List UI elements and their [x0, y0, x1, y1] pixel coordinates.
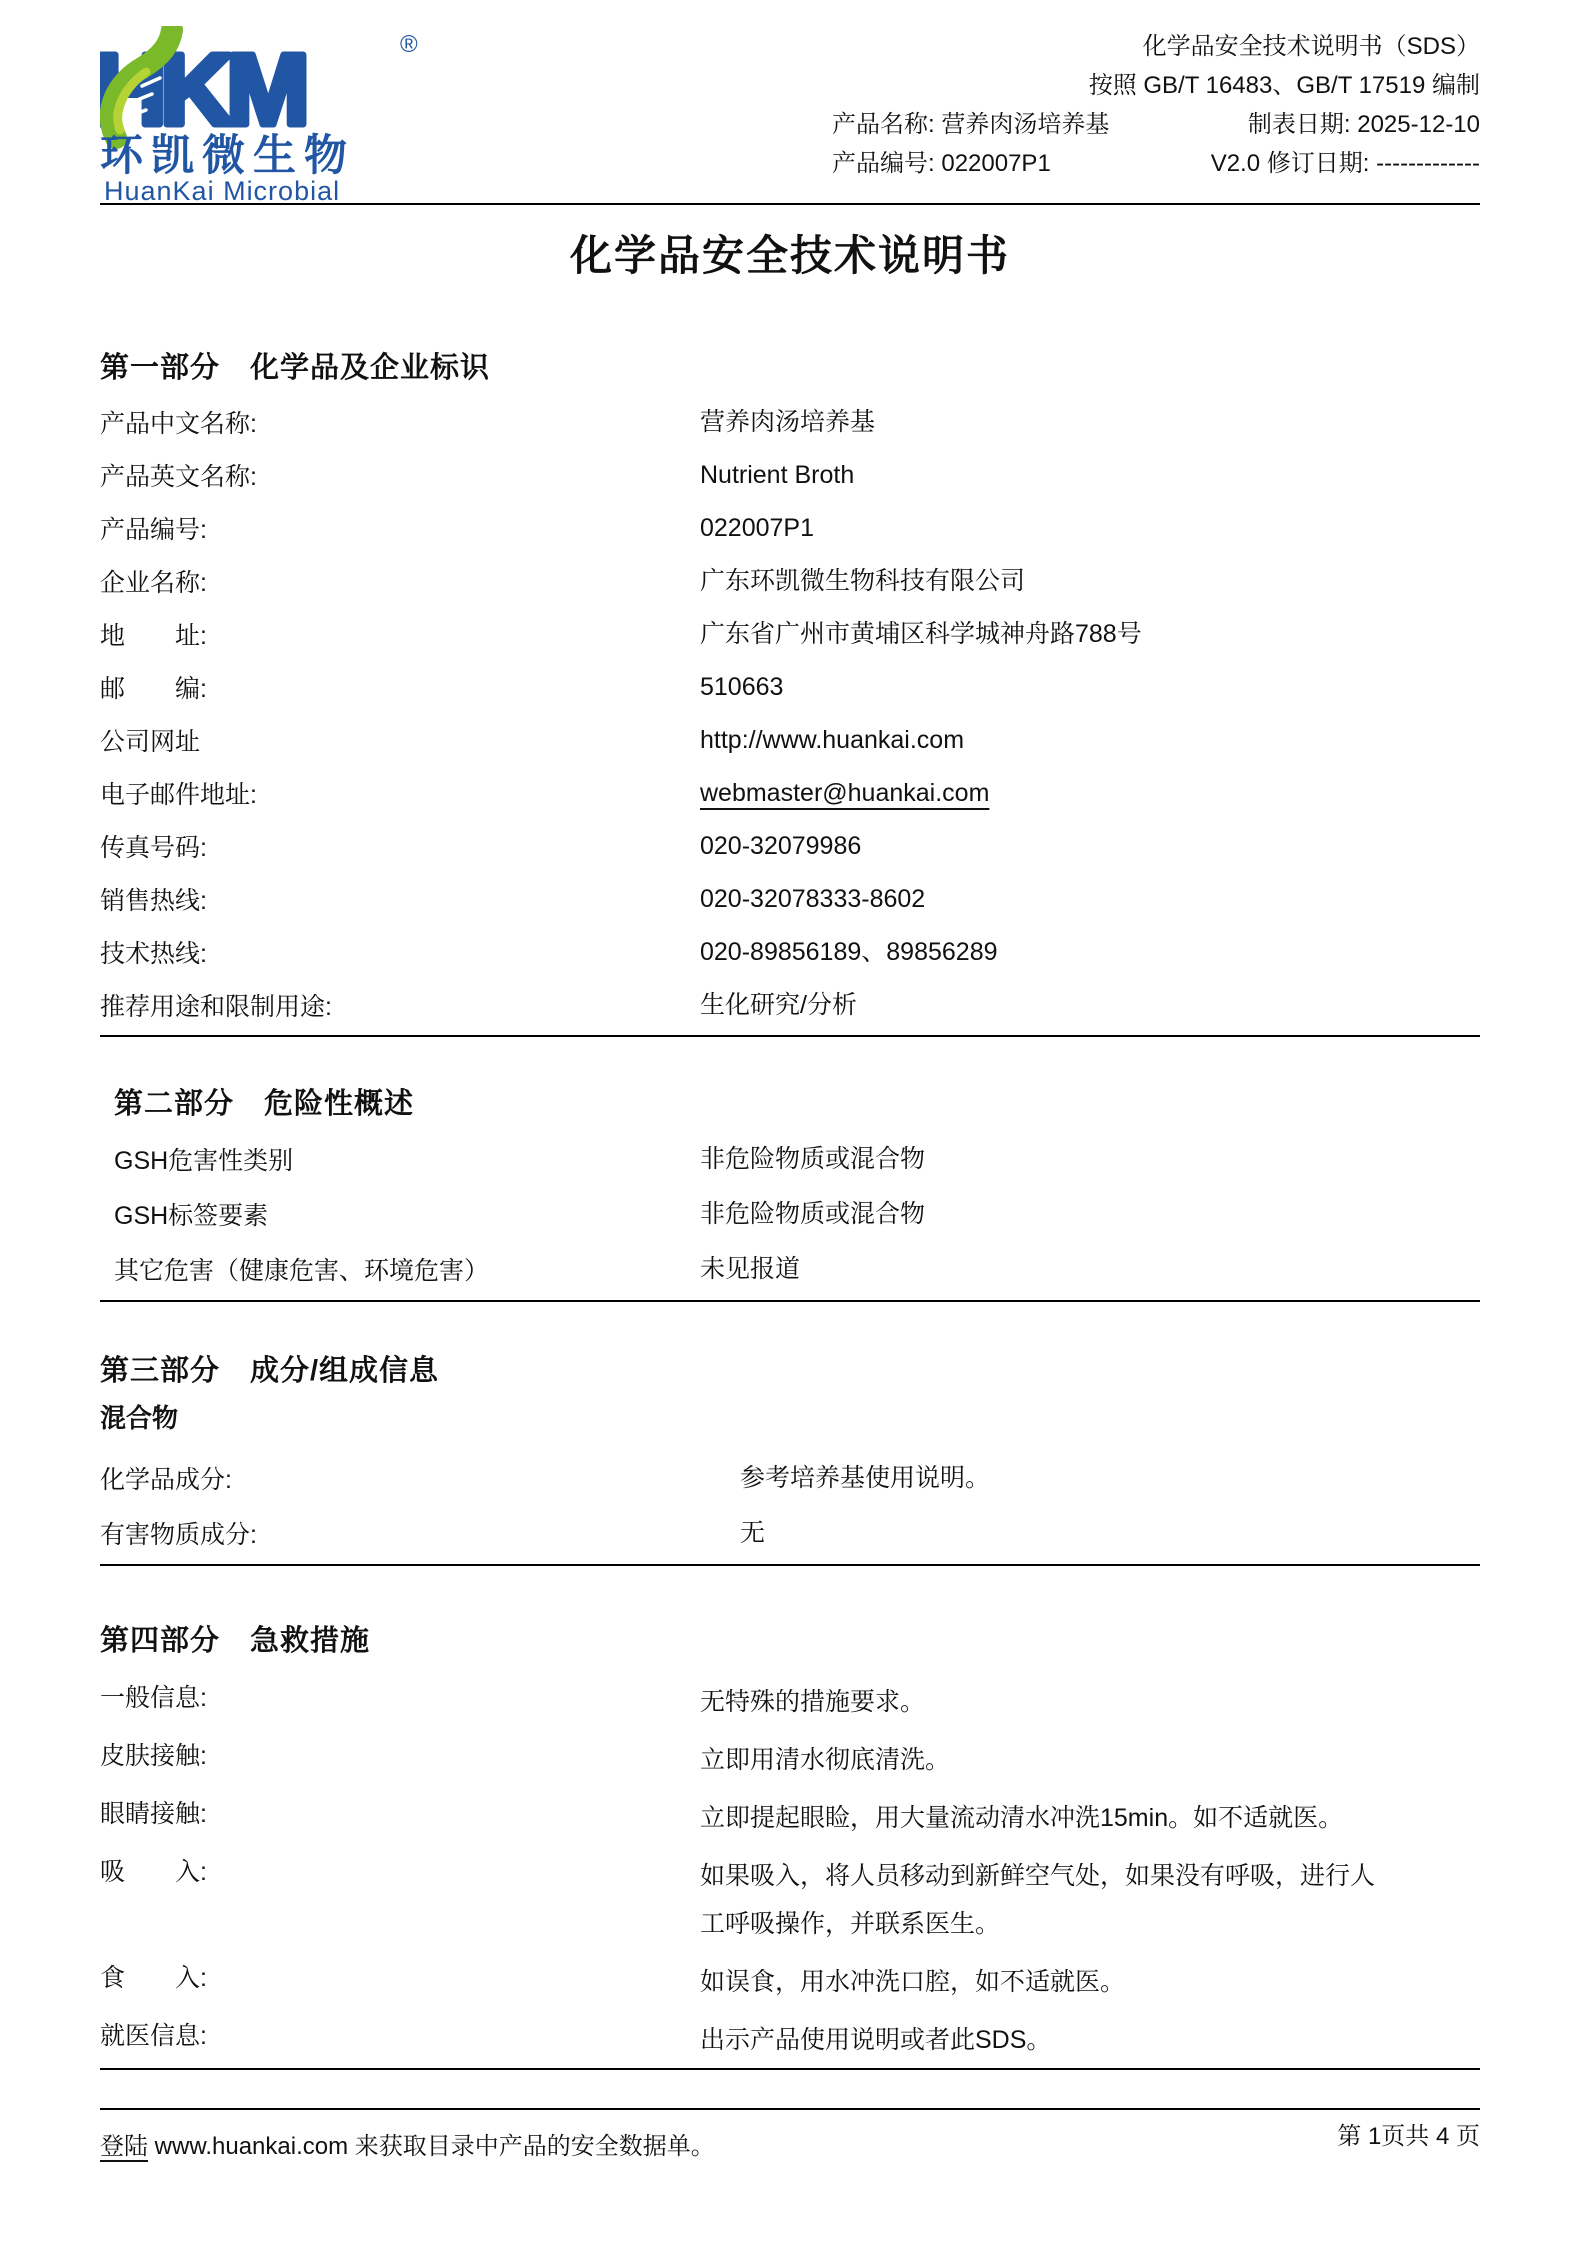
field-label: 地 址:	[100, 616, 700, 652]
field-label: 产品中文名称:	[100, 404, 700, 440]
page-footer: 登陆 www.huankai.com 来获取目录中产品的安全数据单。 第 1页共…	[100, 2110, 1480, 2161]
table-row: 产品编号: 022007P1	[100, 501, 1480, 554]
table-row: 就医信息: 出示产品使用说明或者此SDS。	[100, 2006, 1480, 2064]
product-name-label: 产品名称:	[832, 111, 935, 138]
field-label: 传真号码:	[100, 828, 700, 864]
table-row: 食 入: 如误食，用水冲洗口腔，如不适就医。	[100, 1948, 1480, 2006]
logo-name-cn: 环凯微生物	[100, 132, 355, 180]
table-row: GSH危害性类别 非危险物质或混合物	[100, 1131, 1480, 1186]
document-header: HKM ® 环凯微生物 HuanKai Microbial 化学品安全技术说明书…	[100, 0, 1480, 205]
mixture-subheading: 混合物	[100, 1392, 1480, 1444]
table-row: 电子邮件地址: webmaster@huankai.com	[100, 766, 1480, 819]
table-date-pair: 制表日期: 2025-12-10	[1248, 110, 1480, 140]
field-value: 非危险物质或混合物	[700, 1190, 925, 1238]
table-row: 地 址: 广东省广州市黄埔区科学城神舟路788号	[100, 607, 1480, 660]
field-value: 020-32078333-8602	[700, 875, 925, 923]
table-row: 化学品成分: 参考培养基使用说明。	[100, 1450, 1480, 1505]
hkm-logo-icon: HKM ® 环凯微生物 HuanKai Microbial	[100, 26, 430, 204]
table-row: 一般信息: 无特殊的措施要求。	[100, 1668, 1480, 1726]
field-value: 立即用清水彻底清洗。	[700, 1726, 950, 1784]
product-code-value: 022007P1	[941, 150, 1050, 177]
field-value: 如误食，用水冲洗口腔，如不适就医。	[700, 1948, 1125, 2006]
table-row: 销售热线: 020-32078333-8602	[100, 872, 1480, 925]
email-link[interactable]: webmaster@huankai.com	[700, 769, 989, 817]
table-row: 技术热线: 020-89856189、89856289	[100, 925, 1480, 978]
field-value: 未见报道	[700, 1245, 800, 1293]
field-value: 022007P1	[700, 504, 814, 552]
registered-trademark-icon: ®	[400, 31, 418, 58]
field-label: 公司网址	[100, 722, 700, 758]
product-code-pair: 产品编号: 022007P1	[832, 149, 1051, 179]
field-value: 020-89856189、89856289	[700, 928, 998, 976]
field-label: 一般信息:	[100, 1668, 700, 1714]
website-value: http://www.huankai.com	[700, 716, 964, 764]
table-row: 其它危害（健康危害、环境危害） 未见报道	[100, 1241, 1480, 1296]
page-number: 第 1页共 4 页	[1337, 2116, 1480, 2151]
product-name-line: 产品名称: 营养肉汤培养基 制表日期: 2025-12-10	[832, 110, 1480, 140]
table-row: 产品英文名称: Nutrient Broth	[100, 448, 1480, 501]
field-label: 企业名称:	[100, 563, 700, 599]
revision-value: -------------	[1376, 150, 1480, 177]
field-label: 吸 入:	[100, 1842, 700, 1888]
section-4-heading: 第四部分 急救措施	[100, 1620, 1480, 1662]
section-4-rows: 一般信息: 无特殊的措施要求。 皮肤接触: 立即用清水彻底清洗。 眼睛接触: 立…	[100, 1668, 1480, 2070]
table-row: 吸 入: 如果吸入，将人员移动到新鲜空气处，如果没有呼吸，进行人 工呼吸操作，并…	[100, 1842, 1480, 1948]
field-value: 广东省广州市黄埔区科学城神舟路788号	[700, 610, 1142, 658]
field-value: 无	[740, 1509, 765, 1557]
product-name-pair: 产品名称: 营养肉汤培养基	[832, 110, 1109, 140]
field-value: 无特殊的措施要求。	[700, 1668, 925, 1726]
field-label: 化学品成分:	[100, 1460, 740, 1496]
section-1-rows: 产品中文名称: 营养肉汤培养基 产品英文名称: Nutrient Broth 产…	[100, 395, 1480, 1037]
field-label: GSH危害性类别	[114, 1141, 700, 1177]
field-label: 就医信息:	[100, 2006, 700, 2052]
revision-label: V2.0 修订日期:	[1211, 150, 1370, 177]
section-composition: 第三部分 成分/组成信息 混合物 化学品成分: 参考培养基使用说明。 有害物质成…	[100, 1350, 1480, 1566]
field-label: 产品编号:	[100, 510, 700, 546]
field-value: 出示产品使用说明或者此SDS。	[700, 2006, 1051, 2064]
field-label: 有害物质成分:	[100, 1515, 740, 1551]
table-row: 皮肤接触: 立即用清水彻底清洗。	[100, 1726, 1480, 1784]
table-row: 推荐用途和限制用途: 生化研究/分析	[100, 978, 1480, 1031]
field-value: 广东环凯微生物科技有限公司	[700, 557, 1025, 605]
header-info-block: 化学品安全技术说明书（SDS） 按照 GB/T 16483、GB/T 17519…	[832, 26, 1480, 188]
section-hazards: 第二部分 危险性概述 GSH危害性类别 非危险物质或混合物 GSH标签要素 非危…	[100, 1083, 1480, 1302]
sds-document-page: HKM ® 环凯微生物 HuanKai Microbial 化学品安全技术说明书…	[0, 0, 1587, 2245]
table-row: 产品中文名称: 营养肉汤培养基	[100, 395, 1480, 448]
page-title: 化学品安全技术说明书	[100, 227, 1480, 285]
company-logo: HKM ® 环凯微生物 HuanKai Microbial	[100, 26, 430, 204]
footer-note: 登陆 www.huankai.com 来获取目录中产品的安全数据单。	[100, 2126, 715, 2161]
table-row: GSH标签要素 非危险物质或混合物	[100, 1186, 1480, 1241]
field-label: 其它危害（健康危害、环境危害）	[114, 1251, 700, 1287]
field-label: 销售热线:	[100, 881, 700, 917]
field-value: 营养肉汤培养基	[700, 398, 875, 446]
section-3-rows: 化学品成分: 参考培养基使用说明。 有害物质成分: 无	[100, 1450, 1480, 1566]
field-label: 食 入:	[100, 1948, 700, 1994]
field-label: 技术热线:	[100, 934, 700, 970]
section-1-heading: 第一部分 化学品及企业标识	[100, 347, 1480, 389]
logo-name-en: HuanKai Microbial	[104, 176, 340, 204]
table-row: 公司网址 http://www.huankai.com	[100, 713, 1480, 766]
field-label: 皮肤接触:	[100, 1726, 700, 1772]
section-identification: 第一部分 化学品及企业标识 产品中文名称: 营养肉汤培养基 产品英文名称: Nu…	[100, 347, 1480, 1037]
field-label: 产品英文名称:	[100, 457, 700, 493]
table-row: 眼睛接触: 立即提起眼睑，用大量流动清水冲洗15min。如不适就医。	[100, 1784, 1480, 1842]
field-value: Nutrient Broth	[700, 451, 854, 499]
doc-type-line: 化学品安全技术说明书（SDS）	[832, 32, 1480, 62]
field-value: 立即提起眼睑，用大量流动清水冲洗15min。如不适就医。	[700, 1784, 1343, 1842]
section-2-heading: 第二部分 危险性概述	[114, 1083, 1480, 1125]
table-row: 企业名称: 广东环凯微生物科技有限公司	[100, 554, 1480, 607]
field-value: 如果吸入，将人员移动到新鲜空气处，如果没有呼吸，进行人 工呼吸操作，并联系医生。	[700, 1842, 1375, 1948]
field-label: 眼睛接触:	[100, 1784, 700, 1830]
section-first-aid: 第四部分 急救措施 一般信息: 无特殊的措施要求。 皮肤接触: 立即用清水彻底清…	[100, 1620, 1480, 2070]
field-label: 电子邮件地址:	[100, 775, 700, 811]
footer-url-link[interactable]: www.huankai.com	[148, 2133, 355, 2160]
footer-note-suffix: 来获取目录中产品的安全数据单。	[355, 2133, 715, 2160]
revision-pair: V2.0 修订日期: -------------	[1211, 149, 1480, 179]
field-value: 生化研究/分析	[700, 981, 857, 1029]
field-value: 非危险物质或混合物	[700, 1135, 925, 1183]
section-2-rows: GSH危害性类别 非危险物质或混合物 GSH标签要素 非危险物质或混合物 其它危…	[100, 1131, 1480, 1302]
field-value: 参考培养基使用说明。	[740, 1454, 990, 1502]
table-date-value: 2025-12-10	[1357, 111, 1480, 138]
table-row: 邮 编: 510663	[100, 660, 1480, 713]
field-value: 510663	[700, 663, 783, 711]
standard-line: 按照 GB/T 16483、GB/T 17519 编制	[832, 71, 1480, 101]
field-label: GSH标签要素	[114, 1196, 700, 1232]
table-row: 有害物质成分: 无	[100, 1505, 1480, 1560]
table-date-label: 制表日期:	[1248, 111, 1351, 138]
product-code-line: 产品编号: 022007P1 V2.0 修订日期: -------------	[832, 149, 1480, 179]
field-value: 020-32079986	[700, 822, 861, 870]
product-code-label: 产品编号:	[832, 150, 935, 177]
footer-login-text: 登陆	[100, 2133, 148, 2160]
field-label: 推荐用途和限制用途:	[100, 987, 700, 1023]
field-label: 邮 编:	[100, 669, 700, 705]
product-name-value: 营养肉汤培养基	[941, 111, 1109, 138]
section-3-heading: 第三部分 成分/组成信息	[100, 1350, 1480, 1392]
table-row: 传真号码: 020-32079986	[100, 819, 1480, 872]
